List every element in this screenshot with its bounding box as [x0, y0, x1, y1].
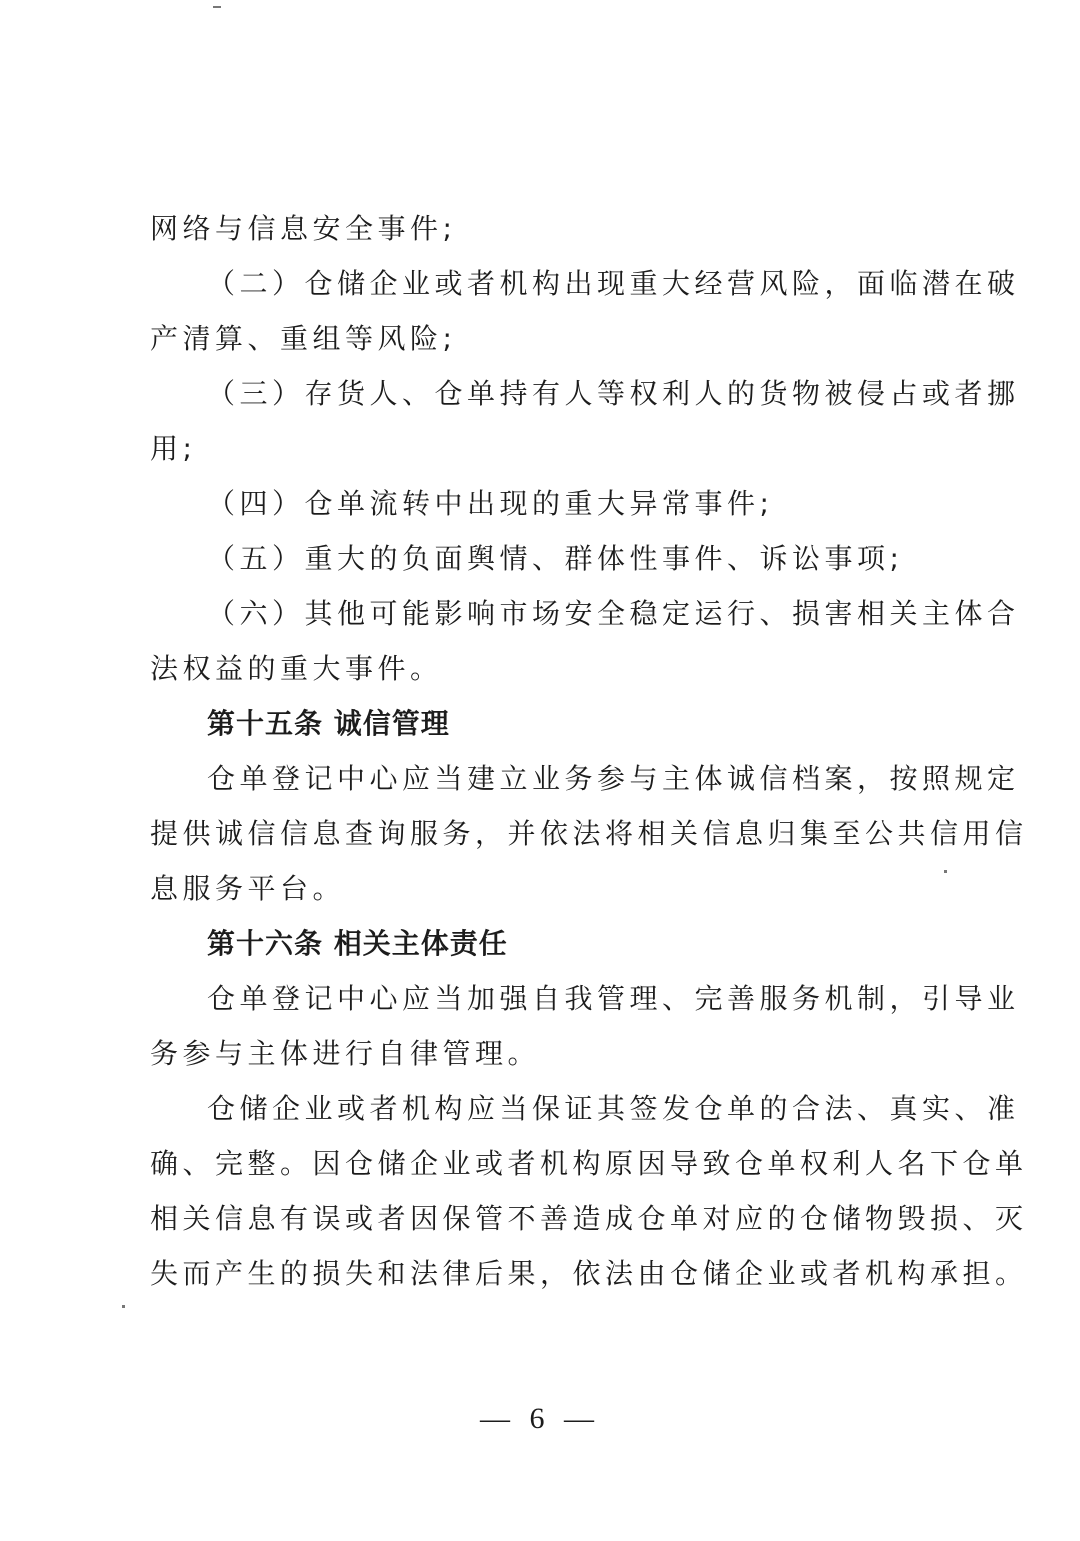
article-16-paragraph2-line: 相关信息有误或者因保管不善造成仓单对应的仓储物毁损、灭: [150, 1199, 950, 1239]
list-item-4: （四）仓单流转中出现的重大异常事件;: [207, 484, 1007, 524]
scan-speck: [213, 6, 221, 8]
list-item-3-cont: 用;: [150, 429, 950, 469]
page-number: — 6 —: [0, 1402, 1080, 1436]
list-item-6-cont: 法权益的重大事件。: [150, 649, 950, 689]
article-16-paragraph1-line: 务参与主体进行自律管理。: [150, 1034, 950, 1074]
article-16-paragraph2-line: 仓储企业或者机构应当保证其签发仓单的合法、真实、准: [207, 1089, 1007, 1129]
document-page: 网络与信息安全事件; （二）仓储企业或者机构出现重大经营风险，面临潜在破 产清算…: [0, 0, 1080, 1541]
article-15-paragraph-line: 息服务平台。: [150, 869, 950, 909]
list-item-5: （五）重大的负面舆情、群体性事件、诉讼事项;: [207, 539, 1007, 579]
article-16-paragraph2-line: 失而产生的损失和法律后果，依法由仓储企业或者机构承担。: [150, 1254, 950, 1294]
article-16-paragraph1-line: 仓单登记中心应当加强自我管理、完善服务机制，引导业: [207, 979, 1007, 1019]
article-16-paragraph2-line: 确、完整。因仓储企业或者机构原因导致仓单权利人名下仓单: [150, 1144, 950, 1184]
article-15-paragraph-line: 提供诚信信息查询服务，并依法将相关信息归集至公共信用信: [150, 814, 950, 854]
list-item-2: （二）仓储企业或者机构出现重大经营风险，面临潜在破: [207, 264, 1007, 304]
list-item-2-cont: 产清算、重组等风险;: [150, 319, 950, 359]
article-15-heading: 第十五条 诚信管理: [207, 704, 1007, 744]
list-item-continuation: 网络与信息安全事件;: [150, 209, 950, 249]
scan-speck: [122, 1305, 125, 1308]
list-item-6: （六）其他可能影响市场安全稳定运行、损害相关主体合: [207, 594, 1007, 634]
article-16-heading: 第十六条 相关主体责任: [207, 924, 1007, 964]
article-15-paragraph-line: 仓单登记中心应当建立业务参与主体诚信档案，按照规定: [207, 759, 1007, 799]
list-item-3: （三）存货人、仓单持有人等权利人的货物被侵占或者挪: [207, 374, 1007, 414]
